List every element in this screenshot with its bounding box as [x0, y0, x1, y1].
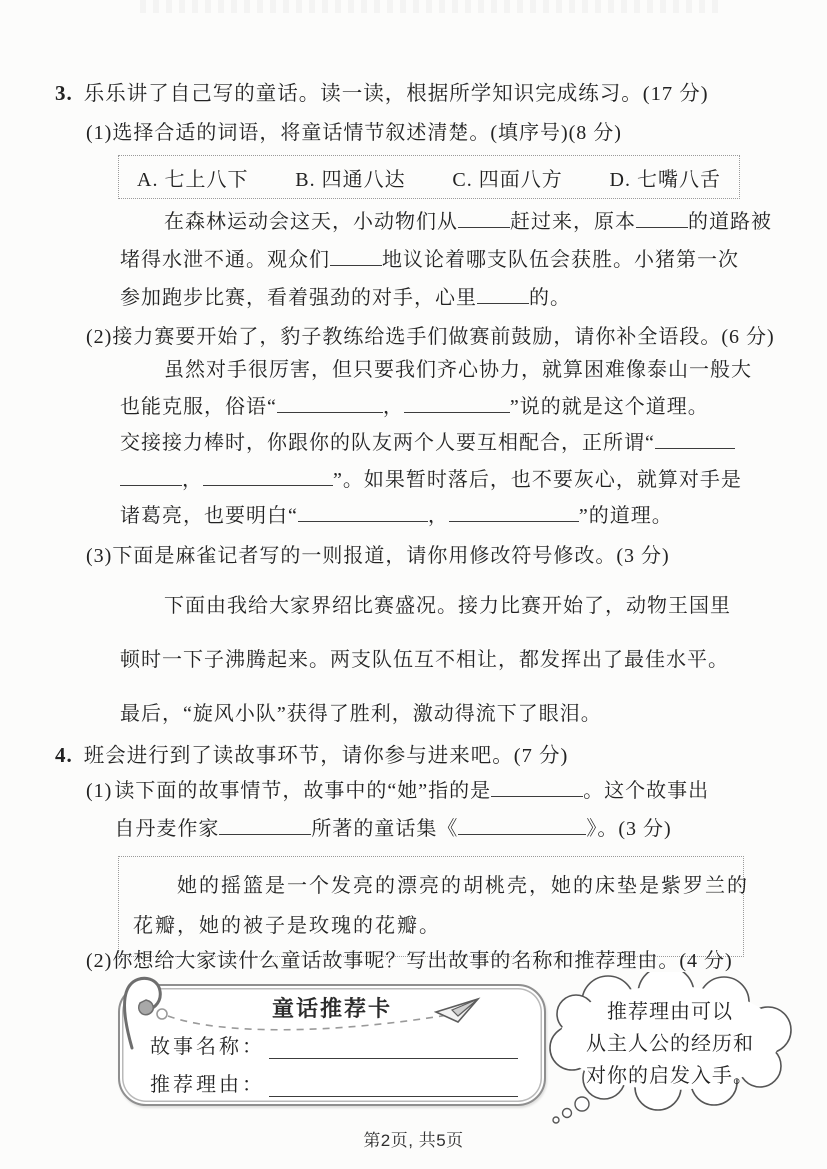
q3-part3-label: (3)下面是麻雀记者写的一则报道，请你用修改符号修改。(3 分) — [86, 539, 670, 568]
blank-line — [636, 208, 688, 228]
q4-story-text: 她的摇篮是一个发亮的漂亮的胡桃壳，她的床垫是紫罗兰的花瓣，她的被子是玫瑰的花瓣。 — [133, 866, 761, 946]
question-3-text: 乐乐讲了自己写的童话。读一读，根据所学知识完成练习。(17 分) — [84, 83, 709, 105]
blank-line — [298, 502, 428, 522]
text-line: 下面由我给大家界绍比赛盛况。接力比赛开始了，动物王国里 — [120, 579, 748, 633]
blank-line — [477, 284, 529, 304]
text-line: 花瓣，她的被子是玫瑰的花瓣。 — [133, 906, 761, 946]
reason-blank-line — [269, 1075, 518, 1097]
bubble-line-1: 推荐理由可以 — [607, 1000, 733, 1023]
blank-line — [458, 815, 586, 835]
text-line: 诸葛亮，也要明白“，”的道理。 — [120, 498, 748, 535]
option-a: A. 七上八下 — [137, 163, 248, 192]
exam-page: 3.乐乐讲了自己写的童话。读一读，根据所学知识完成练习。(17 分) (1)选择… — [0, 0, 827, 1169]
question-4-number: 4. — [55, 743, 73, 767]
q3-part2-label: (2)接力赛要开始了，豹子教练给选手们做赛前鼓励，请你补全语段。(6 分) — [86, 320, 775, 349]
q3-part2-passage: 虽然对手很厉害，但只要我们齐心协力，就算困难像泰山一般大也能克服，俗语“，”说的… — [120, 352, 748, 535]
blank-line — [219, 815, 311, 835]
scan-bleed-artifact — [140, 0, 720, 13]
story-name-blank-line — [269, 1037, 518, 1059]
option-d: D. 七嘴八舌 — [610, 163, 721, 192]
thought-bubble: 推荐理由可以 从主人公的经历和 对你的启发入手。 — [536, 972, 804, 1132]
binder-ring-icon — [116, 974, 174, 1052]
text-line: 自丹麦作家所著的童话集《》。(3 分) — [114, 810, 742, 848]
q3-part3-report: 下面由我给大家界绍比赛盛况。接力比赛开始了，动物王国里顿时一下子沸腾起来。两支队… — [120, 579, 748, 741]
blank-line — [449, 502, 579, 522]
blank-line — [277, 393, 383, 413]
text-line: ，”。如果暂时落后，也不要灰心，就算对手是 — [120, 462, 748, 499]
page-footer: 第2页, 共5页 — [0, 1126, 827, 1151]
q4-story-box: 她的摇篮是一个发亮的漂亮的胡桃壳，她的床垫是紫罗兰的花瓣，她的被子是玫瑰的花瓣。 — [118, 856, 744, 957]
q3-part1-label: (1)选择合适的词语，将童话情节叙述清楚。(填序号)(8 分) — [86, 116, 622, 145]
reason-label: 推荐理由： — [150, 1068, 265, 1097]
text-line: 参加跑步比赛，看着强劲的对手，心里的。 — [120, 279, 748, 317]
q4-part2-label: (2)你想给大家读什么童话故事呢？写出故事的名称和推荐理由。(4 分) — [86, 944, 733, 973]
text-line: 堵得水泄不通。观众们地议论着哪支队伍会获胜。小猪第一次 — [120, 241, 748, 279]
blank-line — [120, 466, 182, 486]
blank-line — [458, 208, 510, 228]
paper-plane-icon — [434, 996, 482, 1028]
q3-part1-passage: 在森林运动会这天，小动物们从赶过来，原本的道路被堵得水泄不通。观众们地议论着哪支… — [120, 203, 748, 317]
blank-line — [330, 246, 382, 266]
blank-line — [491, 777, 583, 797]
text-line: 在森林运动会这天，小动物们从赶过来，原本的道路被 — [120, 203, 748, 241]
bubble-line-2: 从主人公的经历和 — [586, 1032, 754, 1055]
bubble-trail-dots — [553, 1097, 589, 1123]
text-line: 也能克服，俗语“，”说的就是这个道理。 — [120, 389, 748, 426]
blank-line — [203, 466, 333, 486]
text-line: 虽然对手很厉害，但只要我们齐心协力，就算困难像泰山一般大 — [120, 352, 748, 389]
bubble-line-3: 对你的启发入手。 — [586, 1064, 754, 1087]
q3-options-box: A. 七上八下 B. 四通八达 C. 四面八方 D. 七嘴八舌 — [118, 155, 740, 199]
question-3-number: 3. — [55, 81, 73, 105]
card-title: 童话推荐卡 — [272, 996, 392, 1021]
card-title-row: 童话推荐卡 — [120, 992, 544, 1032]
option-b: B. 四通八达 — [295, 163, 405, 192]
blank-line — [655, 429, 735, 449]
text-line: 她的摇篮是一个发亮的漂亮的胡桃壳，她的床垫是紫罗兰的 — [133, 866, 761, 906]
question-3-stem: 3.乐乐讲了自己写的童话。读一读，根据所学知识完成练习。(17 分) — [55, 76, 709, 106]
text-line: 交接接力棒时，你跟你的队友两个人要互相配合，正所谓“ — [120, 425, 748, 462]
q4-part1-marker: (1) — [86, 772, 112, 810]
q4-part1-lines: 读下面的故事情节，故事中的“她”指的是。这个故事出自丹麦作家所著的童话集《》。(… — [114, 772, 742, 848]
question-4-stem: 4.班会进行到了读故事环节，请你参与进来吧。(7 分) — [55, 738, 568, 768]
text-line: 最后，“旋风小队”获得了胜利，激动得流下了眼泪。 — [120, 687, 748, 741]
reason-field: 推荐理由： — [150, 1068, 518, 1097]
option-c: C. 四面八方 — [452, 163, 562, 192]
question-4-text: 班会进行到了读故事环节，请你参与进来吧。(7 分) — [84, 745, 569, 767]
text-line: 顿时一下子沸腾起来。两支队伍互不相让，都发挥出了最佳水平。 — [120, 633, 748, 687]
text-line: 读下面的故事情节，故事中的“她”指的是。这个故事出 — [114, 772, 742, 810]
blank-line — [404, 393, 510, 413]
recommendation-card: 童话推荐卡 故事名称： 推荐理由： — [118, 984, 546, 1106]
q4-part1: (1) 读下面的故事情节，故事中的“她”指的是。这个故事出自丹麦作家所著的童话集… — [86, 772, 742, 848]
